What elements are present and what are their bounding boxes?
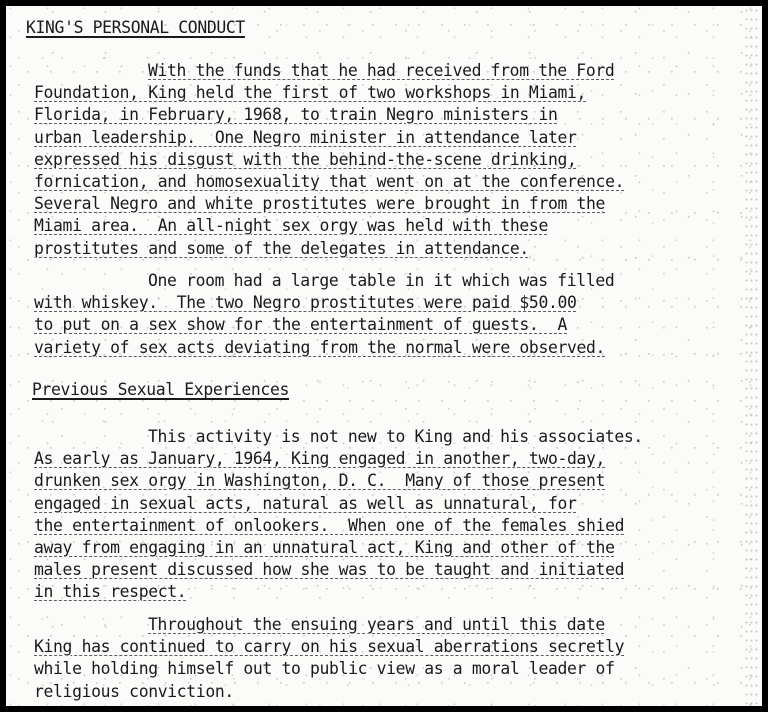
text-line: in this respect.	[34, 581, 754, 603]
text-line: males present discussed how she was to b…	[34, 559, 754, 581]
text-line: Throughout the ensuing years and until t…	[34, 614, 754, 636]
text-line: prostitutes and some of the delegates in…	[34, 238, 754, 260]
text-line: with whiskey. The two Negro prostitutes …	[34, 292, 754, 314]
text-line: religious conviction.	[34, 681, 754, 703]
document-page: KING'S PERSONAL CONDUCT With the funds t…	[6, 6, 762, 706]
text-line: expressed his disgust with the behind-th…	[34, 149, 754, 171]
text-line: drunken sex orgy in Washington, D. C. Ma…	[34, 470, 754, 492]
subsection-heading: Previous Sexual Experiences	[32, 380, 289, 399]
text-line: Several Negro and white prostitutes were…	[34, 193, 754, 215]
text-line: away from engaging in an unnatural act, …	[34, 537, 754, 559]
text-line: One room had a large table in it which w…	[34, 270, 754, 292]
text-line: With the funds that he had received from…	[34, 60, 754, 82]
paragraph: With the funds that he had received from…	[34, 60, 754, 260]
text-line: fornication, and homosexuality that went…	[34, 171, 754, 193]
text-line: Foundation, King held the first of two w…	[34, 82, 754, 104]
text-line: to put on a sex show for the entertainme…	[34, 314, 754, 336]
text-line: King has continued to carry on his sexua…	[34, 636, 754, 658]
paragraph: This activity is not new to King and his…	[34, 426, 754, 604]
text-line: engaged in sexual acts, natural as well …	[34, 493, 754, 515]
text-line: Miami area. An all-night sex orgy was he…	[34, 215, 754, 237]
text-line: variety of sex acts deviating from the n…	[34, 337, 754, 359]
section-heading: KING'S PERSONAL CONDUCT	[26, 18, 245, 37]
text-line: Florida, in February, 1968, to train Neg…	[34, 104, 754, 126]
text-line: As early as January, 1964, King engaged …	[34, 448, 754, 470]
text-line: while holding himself out to public view…	[34, 658, 754, 680]
text-line: urban leadership. One Negro minister in …	[34, 127, 754, 149]
text-line: the entertainment of onlookers. When one…	[34, 515, 754, 537]
text-line: This activity is not new to King and his…	[34, 426, 754, 448]
paragraph: Throughout the ensuing years and until t…	[34, 614, 754, 703]
paragraph: One room had a large table in it which w…	[34, 270, 754, 359]
